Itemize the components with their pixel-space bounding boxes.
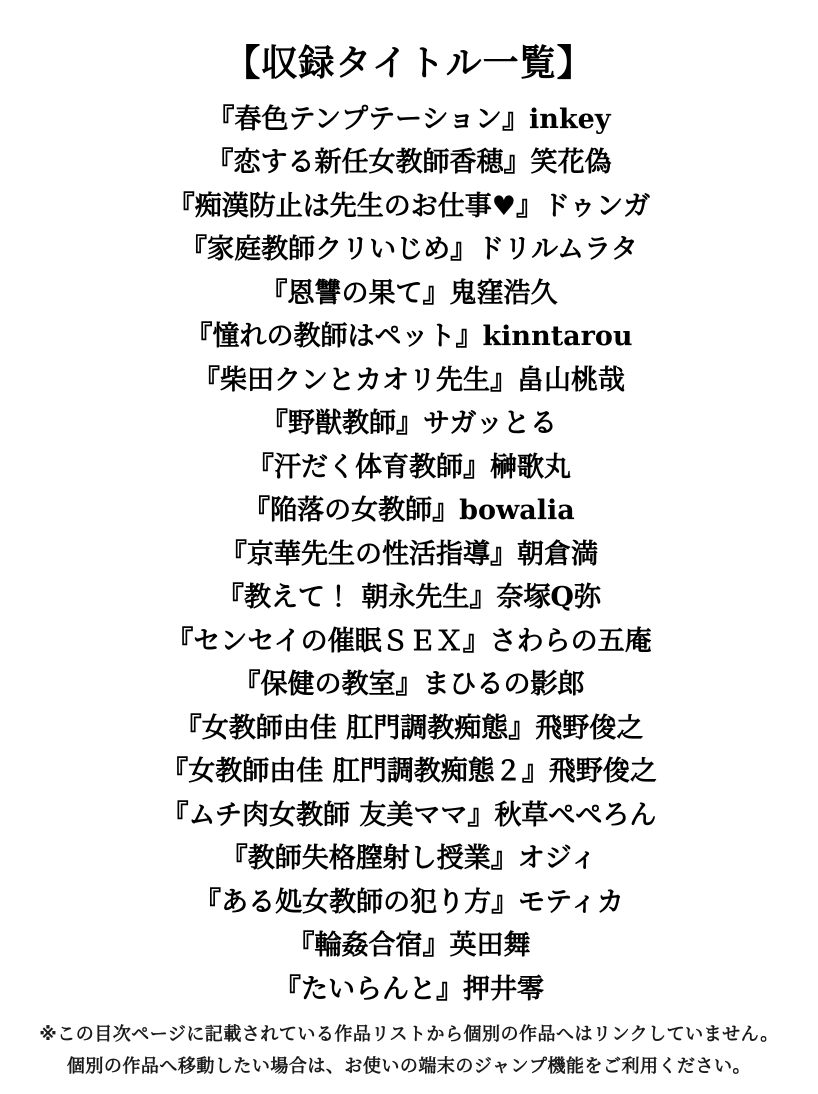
toc-page: 【収録タイトル一覧】 『春色テンプテーション』inkey 『恋する新任女教師香穂… [0,0,818,1094]
toc-entry: 『ある処女教師の犯り方』モティカ [0,881,818,925]
toc-entry: 『春色テンプテーション』inkey [0,98,818,142]
toc-entry: 『女教師由佳 肛門調教痴態』飛野俊之 [0,707,818,751]
toc-entry: 『教師失格膣射し授業』オジィ [0,837,818,881]
toc-entry: 『野獣教師』サガッとる [0,402,818,446]
toc-entry: 『痴漢防止は先生のお仕事♥』ドゥンガ [0,185,818,229]
footer-note-line-1: ※この目次ページに記載されている作品リストから個別の作品へはリンクしていません。 [0,1019,818,1051]
toc-list: 『春色テンプテーション』inkey 『恋する新任女教師香穂』笑花偽 『痴漢防止は… [0,98,818,1012]
toc-entry: 『教えて！ 朝永先生』奈塚Q弥 [0,576,818,620]
toc-entry: 『京華先生の性活指導』朝倉満 [0,533,818,577]
toc-entry: 『汗だく体育教師』榊歌丸 [0,446,818,490]
toc-entry: 『恋する新任女教師香穂』笑花偽 [0,141,818,185]
footer-note-line-2: 個別の作品へ移動したい場合は、お使いの端末のジャンプ機能をご利用ください。 [0,1051,818,1083]
toc-entry: 『陥落の女教師』bowalia [0,489,818,533]
toc-entry: 『家庭教師クリいじめ』ドリルムラタ [0,228,818,272]
toc-entry: 『輪姦合宿』英田舞 [0,924,818,968]
toc-entry: 『柴田クンとカオリ先生』畠山桃哉 [0,359,818,403]
footer-note: ※この目次ページに記載されている作品リストから個別の作品へはリンクしていません。… [0,1019,818,1083]
toc-entry: 『恩讐の果て』鬼窪浩久 [0,272,818,316]
toc-entry: 『保健の教室』まひるの影郎 [0,663,818,707]
toc-entry: 『女教師由佳 肛門調教痴態２』飛野俊之 [0,750,818,794]
toc-entry: 『たいらんと』押井零 [0,968,818,1012]
toc-entry: 『憧れの教師はペット』kinntarou [0,315,818,359]
page-title: 【収録タイトル一覧】 [0,0,818,84]
toc-entry: 『センセイの催眠ＳＥＸ』さわらの五庵 [0,620,818,664]
toc-entry: 『ムチ肉女教師 友美ママ』秋草ぺぺろん [0,794,818,838]
